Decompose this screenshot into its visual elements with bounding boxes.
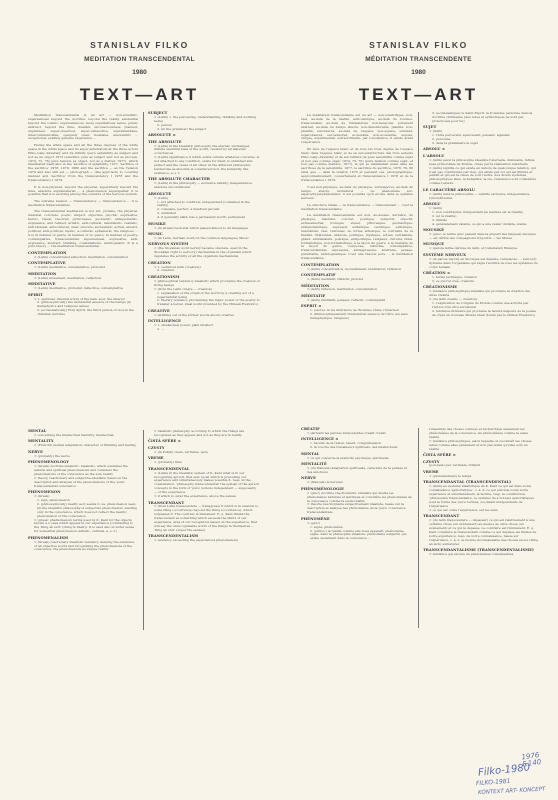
glossary-entry: ČISTÁ SFÉRE = (423, 454, 538, 458)
entry-definition: = (latin) dans la philosophie — validité… (423, 193, 538, 201)
entry-headword: ČISTÁ SFÉRE = (148, 440, 260, 444)
work-title: TEXT—ART (279, 85, 558, 105)
entry-definition: = it which is outer the experience, abov… (148, 495, 260, 499)
entry-definition: = (Latin) meditative, considerative, pro… (28, 266, 138, 270)
glossary-entry: PHENOMENON= (Greek)1. sign, phenomenon2.… (28, 491, 138, 534)
entry-definition: = (probably) time (148, 461, 260, 465)
entry-definition: = tendance philosophique, selon laquelle… (423, 440, 538, 452)
glossary-entry: TRANSCENDANT= (du latin transcendere — d… (423, 515, 538, 546)
glossary-entry: ABSOLUTE= (Latin)1. not attached to cond… (148, 193, 260, 220)
entry-definition: = (Frenchl) mental adaptation; character… (28, 444, 138, 448)
intro-paragraph: La structure idéale — la transcendance —… (301, 204, 413, 212)
glossary-entry: PHÉNOMÈNE= (grec)1. signe, phénomène2. (… (301, 518, 413, 541)
entry-definition: = (greek: phainomenon) terms used by K. … (28, 519, 138, 535)
glossary-entry: = idealistic philosophy, according to wh… (148, 430, 260, 438)
intro-paragraph: La méditation transcendante est un art —… (301, 114, 413, 145)
entry-definition: 4. it generally valid, has a permanent w… (148, 216, 260, 220)
entry-definition: = (probably) the nerve (28, 455, 138, 459)
glossary-entry: PHÉNOMÉNOLOGIE= (grec) doctrine réaction… (301, 488, 413, 515)
glossary-entry: CRÉATIF= dérivant les paroles antécédent… (301, 428, 413, 436)
entry-definition: = dérivant les paroles antécédentes créa… (301, 432, 413, 436)
glossary-entry: ABSOLU= (latin)1. non conditionné, indép… (423, 203, 538, 226)
glossary-entry: TRANSCENDENTAL= (Latin) in the idealisti… (148, 468, 260, 499)
entry-definition: l'ensemble des choses connues et recherc… (423, 428, 538, 440)
glossary-entry: ABSOLUTE = (148, 134, 260, 138)
entry-definition: = tendance qui excède de phénomènes conn… (423, 553, 538, 557)
work-year: 1980 (0, 69, 279, 76)
glossary-entry: CRÉATIONISME= tendance philosophique idé… (423, 286, 538, 317)
glossary-entry: INTELLIGENCE= 1. intellectual power, pla… (148, 320, 260, 332)
french-intro-column: La méditation transcendante est un art —… (301, 114, 413, 324)
intro-paragraph: C'est non-physique, au-delà du physique,… (301, 186, 413, 202)
glossary-entry: VREME= (probablement) le temps (423, 471, 538, 479)
work-subtitle: MÉDITATION TRANSCENDENTE (279, 56, 558, 63)
entry-definition: = (from Latin transcendere — transgress)… (148, 505, 260, 532)
glossary-entry: NERVOUS SYSTEM= (the Slovakian word nerv… (148, 243, 260, 259)
work-title: TEXT—ART (0, 85, 279, 105)
intro-paragraph: La méditation transcendante est non, au-… (301, 214, 413, 261)
entry-definition: 3. (ecclésiastique) le Saint-Esprit, la … (423, 112, 538, 124)
entry-definition: = (the Slovakian word nervný became obso… (148, 247, 260, 259)
glossary-entry: MEDITATIVE= (Latin) meditative, profound… (28, 283, 138, 291)
author-name: STANISLAV FILKO (279, 40, 558, 50)
column-divider (418, 428, 419, 628)
entry-definition: = (latin) au système idéalistique de K. … (423, 485, 538, 508)
entry-definition: 2. (philosophically) reality as it seems… (28, 503, 138, 519)
glossary-entry: THE ABSOLUTE CHARACTER= (Latin) in the p… (148, 178, 260, 190)
entry-definition: 3. dans la grammaire le sujet (423, 142, 538, 146)
intro-paragraph: The transcendental meditation is not art… (28, 210, 138, 249)
entry-definition: 4. généralement valable, ce qui a une va… (423, 223, 538, 227)
entry-definition: = theory, reactionary and subjective-ide… (28, 477, 138, 489)
glossary-entry: CONTEMPLATIF= (latin) méditatif, réfléch… (301, 274, 413, 282)
entry-definition: = (latin) méditatif, réfléchi, profond (301, 278, 413, 282)
glossary-entry: MEDITATION= (Latin) musement, meditation… (28, 273, 138, 281)
glossary-entry: l'ensemble des choses connues et recherc… (423, 428, 538, 451)
english-page: STANISLAV FILKO MEDITATION TRANSCENDENTA… (0, 0, 279, 800)
entry-definition: = (in Greek) bestowal which passed almos… (148, 227, 260, 231)
entry-definition: = (la parole nervný en Slovaque est désu… (423, 258, 538, 270)
glossary-entry: CZYSTY(polonais) pur, véritable, brillan… (423, 461, 538, 469)
entry-definition: = (du français) adaptation spirituelle, … (301, 467, 413, 475)
entry-definition: = (Latin) meditative, profound, reflecti… (28, 287, 138, 291)
glossary-entry: MENTALITY= (Frenchl) mental adaptation; … (28, 440, 138, 448)
glossary-entry: ABSOLU = (423, 148, 538, 152)
entry-definition: 2. ... (148, 328, 260, 332)
glossary-entry: CONTEMPLATION= (Latin) concentrated refl… (28, 252, 138, 260)
entry-headword: ABSOLUTE = (148, 134, 260, 138)
entry-definition: 2. creature (148, 269, 260, 273)
glossary-entry: MUSIC= (in Latin, German word) in the co… (148, 233, 260, 241)
glossary-entry: CREATION= 1. technical term (creation)2.… (148, 262, 260, 274)
entry-definition: = (latin) signifie ce qui existe en deho… (423, 167, 538, 187)
glossary-entry: NERVE= (probably) the nerve (28, 451, 138, 459)
glossary-entry: MENTAL= concerning the intellectual matu… (28, 430, 138, 438)
glossary-entry: ČISTÁ SFÉRE = (148, 440, 260, 444)
intro-paragraph: The extreme tension — transcendency — tr… (28, 200, 138, 208)
glossary-entry: TRANSCENDANT= (from Latin transcendere —… (148, 502, 260, 533)
entry-definition: 2. literary tendency proclaiming the maj… (148, 299, 260, 307)
english-glossary-column-3: MENTAL= concerning the intellectual matu… (28, 430, 138, 555)
entry-definition: = (Latin) in the philosophy — exclusive … (148, 182, 260, 190)
entry-definition: = (parole latine dérivée du latin, et l'… (423, 247, 538, 251)
intro-paragraph: Meditation transcendental is an art — no… (28, 114, 138, 141)
glossary-entry: MUSIQUE= (parole latine dérivée du latin… (423, 243, 538, 251)
glossary-entry: MÉDITATIF= (latin) méditatif, penseur, r… (301, 295, 413, 303)
glossary-entry: 3. (ecclésiastique) le Saint-Esprit, la … (423, 112, 538, 124)
entry-definition: 2. (philos.) la réalité comme elle nous … (301, 530, 413, 542)
work-year: 1980 (279, 69, 558, 76)
entry-headword: ABSOLU = (423, 148, 538, 152)
glossary-entry: MÉDITATION= (latin) réflexion, méditatio… (301, 285, 413, 293)
entry-definition: = concerning the intellectual maturity, … (28, 434, 138, 438)
glossary-entry: TRANSCENDANTALISME (TRANSCENDENTALISME)=… (423, 549, 538, 557)
glossary-entry: LE CARACTÈRE ABSOLU= (latin) dans la phi… (423, 189, 538, 201)
entry-definition: = (grec: le terme grec passait dans la p… (423, 233, 538, 241)
column-divider (143, 430, 144, 630)
french-glossary-column-4: l'ensemble des choses connues et recherc… (423, 428, 538, 559)
entry-definition: = (latin) méditatif, penseur, réfléchi, … (301, 299, 413, 303)
intro-paragraph: It is non-physical, beyond the physical,… (28, 186, 138, 198)
entry-definition: = (latin) concentration, recueillement, … (301, 268, 413, 272)
entry-definition: 2. la couche des travailleurs spirituels… (301, 446, 413, 450)
glossary-entry: SPIRIT= 1. spiritual, internal world of … (28, 294, 138, 317)
glossary-entry: TRANSCENDANTAL (TRANSCENDENTAL)= (latin)… (423, 481, 538, 512)
entry-definition: 2. (Philosophiquement) l'immatériel esse… (301, 313, 413, 321)
glossary-entry: NERVE= (français) le nerveux (301, 477, 413, 485)
glossary-entry: PHENOMENOLOGY= (Greek) doctrine idealist… (28, 461, 138, 488)
french-header: STANISLAV FILKO MÉDITATION TRANSCENDENTE… (279, 40, 558, 105)
glossary-entry: CONTEMPLATIVE= (Latin) meditative, consi… (28, 262, 138, 270)
entry-definition: = (in Latin, German word) in the common … (148, 237, 260, 241)
column-divider (418, 112, 419, 352)
glossary-entry: MENTALITÉ= (du français) adaptation spir… (301, 463, 413, 475)
glossary-entry: CZYSTY= (in Polish) clean, veritable, pu… (148, 447, 260, 455)
glossary-entry: SUJET= (latin)1. l'être percevant, aperc… (423, 126, 538, 146)
entry-definition: = (Latin) in the idealistic system of K.… (148, 472, 260, 495)
entry-definition: = idealistic philosophy, according to wh… (148, 430, 260, 438)
english-header: STANISLAV FILKO MEDITATION TRANSCENDENTA… (0, 40, 279, 105)
glossary-entry: SUBJECT= (Latin) 1. the perceiving, unde… (148, 112, 260, 132)
glossary-entry: CREATIONISM= philosophical tendency idea… (148, 276, 260, 307)
entry-headword: ČISTÁ SFÉRE = (423, 454, 538, 458)
entry-definition: = (probablement) le temps (423, 475, 538, 479)
glossary-entry: ESPRIT =1. (sacré), la vie intérieure de… (301, 305, 413, 321)
entry-definition: 2. tendance littéraire qui proclame la f… (423, 310, 538, 318)
glossary-entry: PHENOMENALISM= (Greek) reactionary ideal… (28, 537, 138, 553)
entry-definition: 3. (ecclesiastically) Holy Spirit, the t… (28, 309, 138, 317)
column-divider (143, 112, 144, 382)
french-page: STANISLAV FILKO MÉDITATION TRANSCENDENTE… (279, 0, 558, 800)
work-subtitle: MEDITATION TRANSCENDENTAL (0, 56, 279, 63)
entry-definition: = (Latin) concentrated reflection, medit… (28, 256, 138, 260)
entry-definition: = (Latin) musement, meditation, reflecti… (28, 277, 138, 281)
entry-definition: = (Latin) significance it which exists o… (148, 156, 260, 176)
glossary-entry: CRÉATION =1. terme technique, création2.… (423, 272, 538, 284)
entry-definition: = (Greek) reactionary idealistic tendenc… (28, 541, 138, 553)
entry-definition: = (latin) réflexion, méditation, considé… (301, 288, 413, 292)
glossary-entry: THE ABSOLUTE= (Latin) in the idealistic … (148, 141, 260, 176)
english-glossary-column-4: = idealistic philosophy, according to wh… (148, 430, 260, 546)
glossary-entry: L'ABSOLU= (latin) selon la philosophie i… (423, 155, 538, 186)
glossary-entry: TRANSCENDENTALISM= tendency exceeding th… (148, 535, 260, 543)
glossary-entry: MOUSIKÉ= (grec: le terme grec passait da… (423, 229, 538, 241)
intro-paragraph: Facing the white space and all the three… (28, 144, 138, 183)
intro-paragraph: En face de l'espace blanc et de tous les… (301, 148, 413, 183)
entry-definition: = (du latin transcendere — dépasser) ce … (423, 519, 538, 546)
entry-definition: (polonais) pur, véritable, brillant (423, 464, 538, 468)
author-name: STANISLAV FILKO (0, 40, 279, 50)
glossary-entry: VREME= (probably) time (148, 457, 260, 465)
english-glossary-column-2: SUBJECT= (Latin) 1. the perceiving, unde… (148, 112, 260, 335)
entry-definition: = (français) le nerveux (301, 481, 413, 485)
french-glossary-column-3: CRÉATIF= dérivant les paroles antécédent… (301, 428, 413, 544)
glossary-entry: CREATIVE= (striking out of the former wo… (148, 310, 260, 318)
entry-definition: = théorie réactionnaire subjectivement i… (301, 503, 413, 515)
glossary-entry: INTELLIGENCE =1. faculté de la raison, t… (301, 438, 413, 450)
glossary-entry: CONTEMPLATION= (latin) concentration, re… (301, 264, 413, 272)
entry-definition: = ce qui concerne la maturité psychique,… (301, 457, 413, 461)
glossary-entry: MUSIKE= (in Greek) bestowal which passed… (148, 223, 260, 231)
entry-definition: 3. (in the grammar) the subject (148, 128, 260, 132)
entry-definition: = tendency exceeding the experienced phe… (148, 539, 260, 543)
entry-definition: = (striking out of the former words abou… (148, 314, 260, 318)
glossary-entry: SYSTÈME NERVEUX= (la parole nervný en Sl… (423, 254, 538, 270)
french-glossary-column-2: 3. (ecclésiastique) le Saint-Esprit, la … (423, 112, 538, 320)
entry-definition: = ce qui est outre l'expérience, sur les… (423, 509, 538, 513)
english-intro-column: Meditation transcendental is an art — no… (28, 114, 138, 320)
entry-definition: = (in Polish) clean, veritable, pure (148, 451, 260, 455)
entry-definition: 2. ce qui fut créé, créature (423, 280, 538, 284)
glossary-entry: MENTAL= ce qui concerne la maturité psyc… (301, 453, 413, 461)
